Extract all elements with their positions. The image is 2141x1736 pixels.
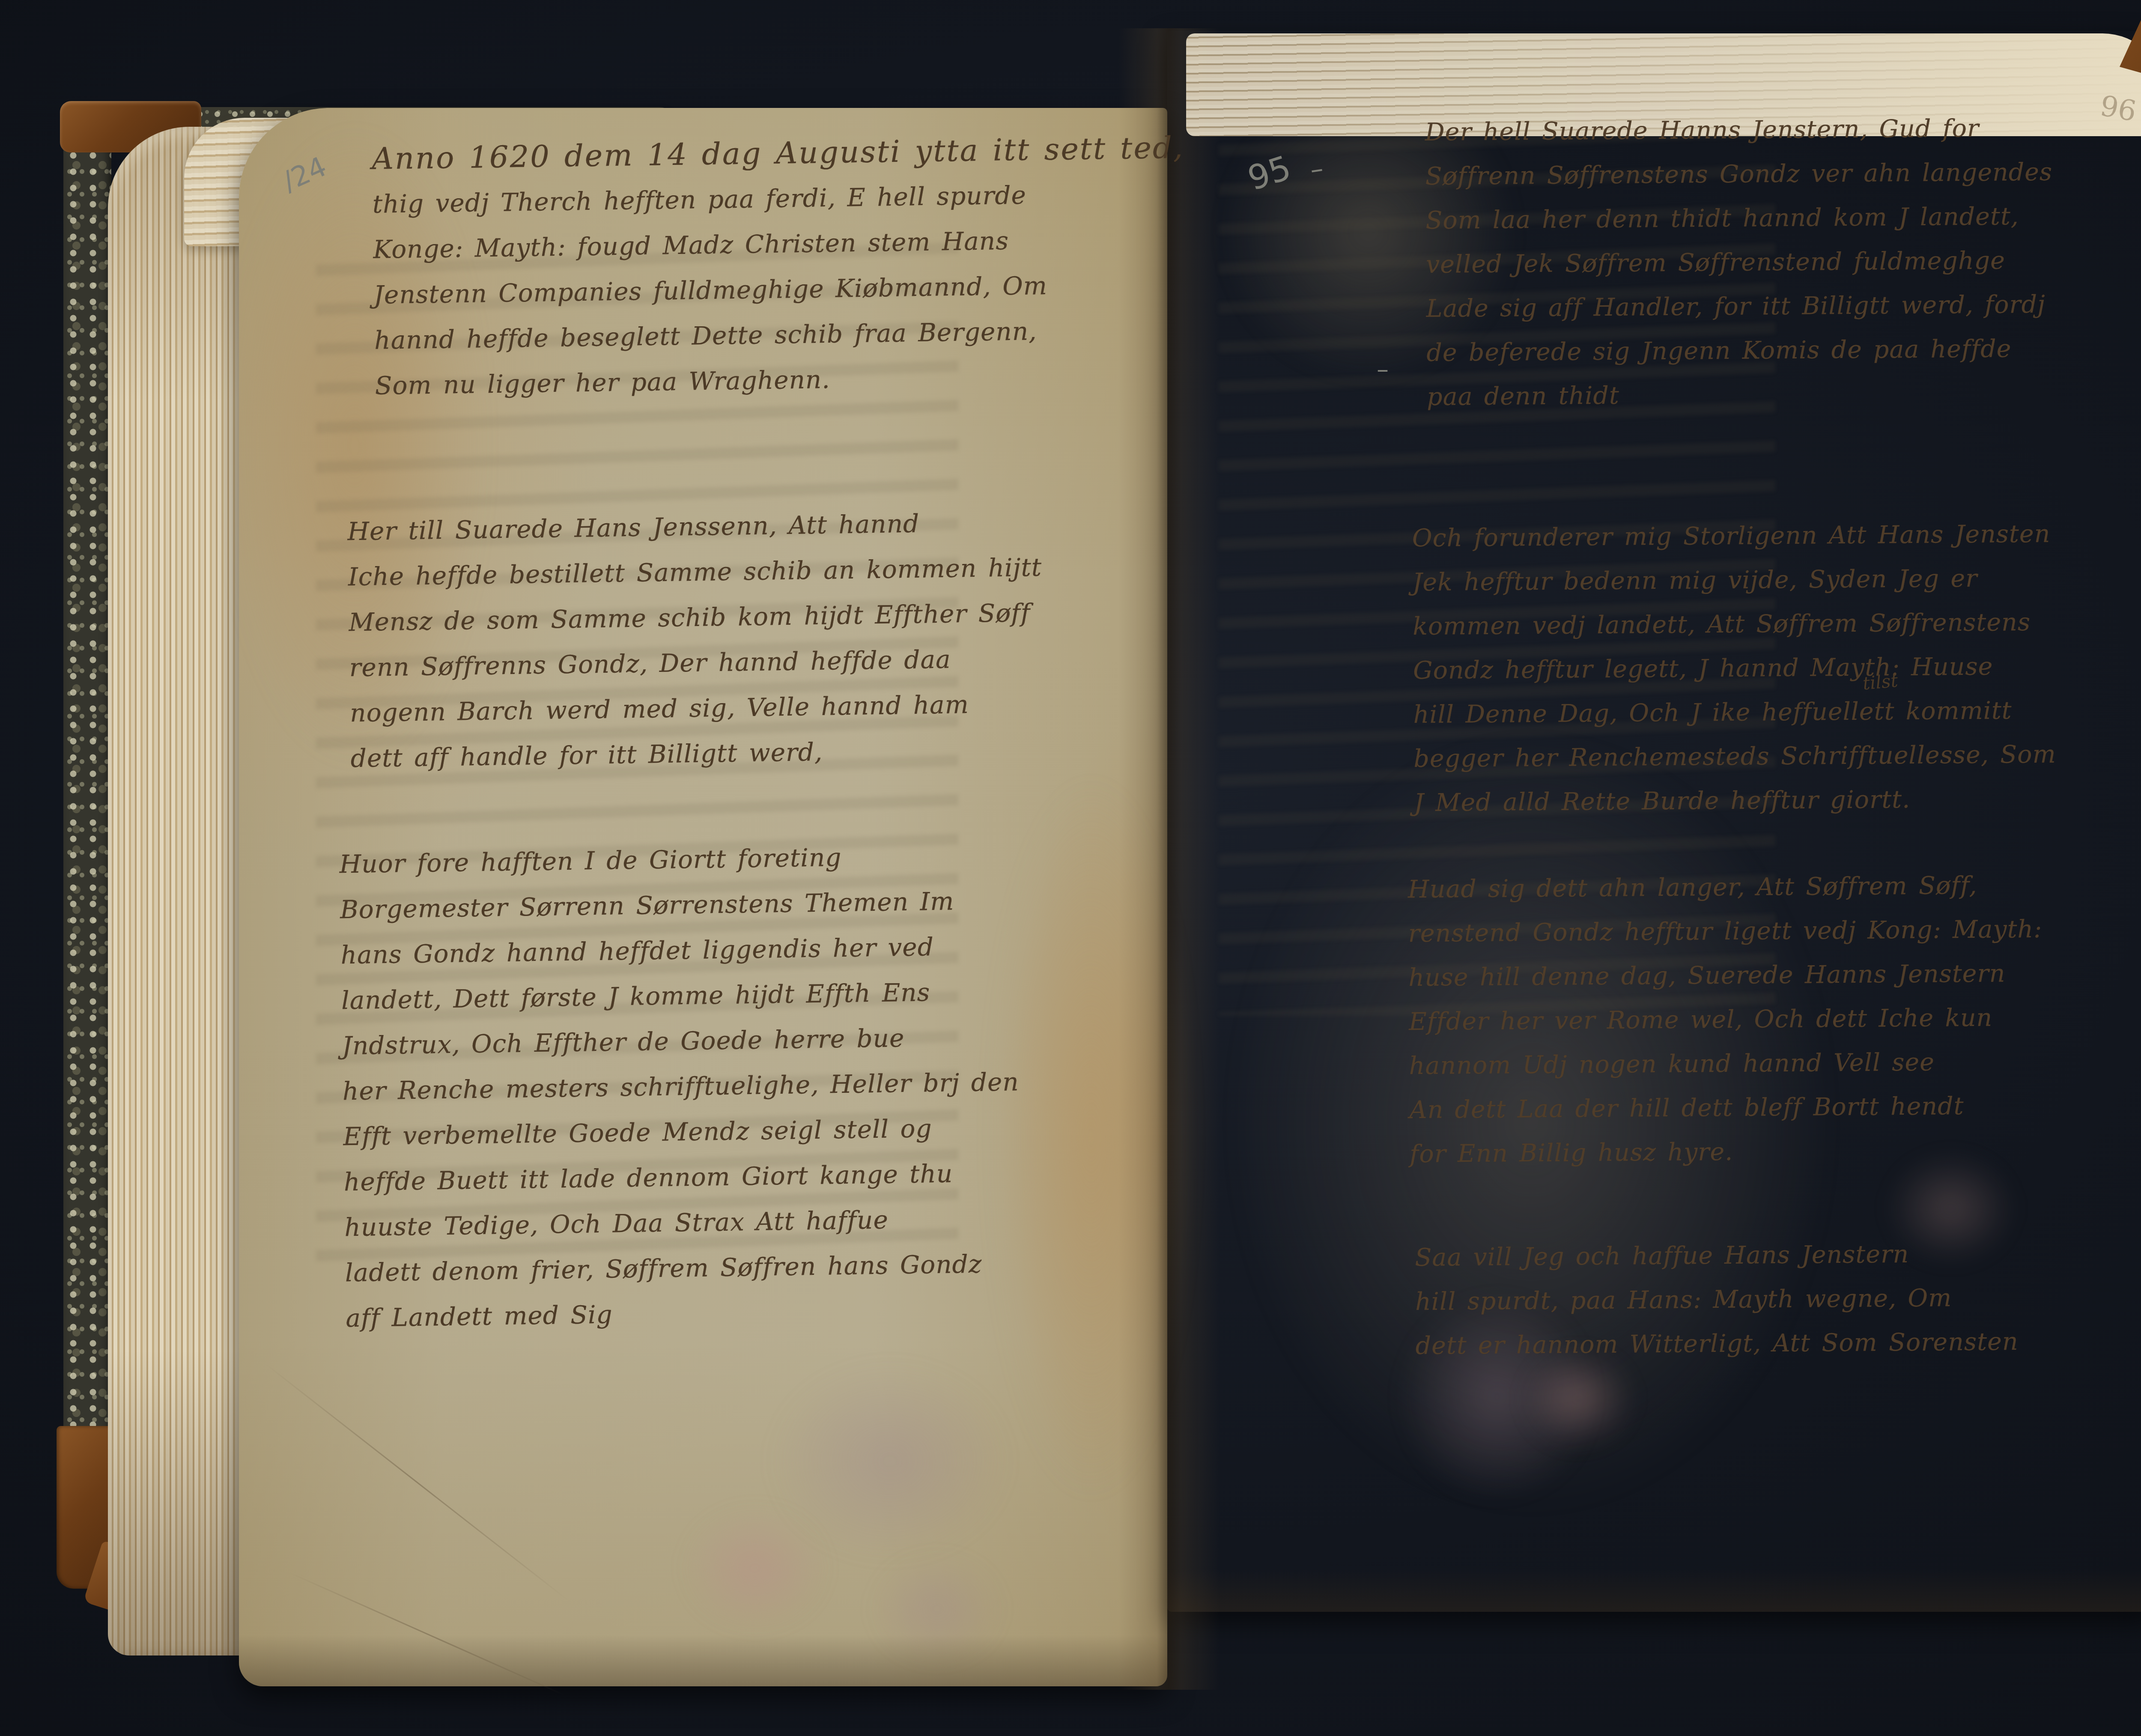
manuscript-text-line: Saa vill Jeg och haffue Hans Jenstern <box>1415 1231 2141 1280</box>
manuscript-text-line: paa denn thidt <box>1427 370 2141 419</box>
manuscript-text-line: Som laa her denn thidt hannd kom J lande… <box>1425 194 2141 243</box>
manuscript-text-line: Der hell Suarede Hanns Jenstern, Gud for <box>1425 105 2141 155</box>
manuscript-text-line: J Med alld Rette Burde hefftur giortt. <box>1414 776 2141 825</box>
marbled-cover-edge-left <box>63 115 111 1459</box>
page-bottom-shadow <box>1167 1569 2141 1612</box>
right-page-paragraph-3: Huad sig dett ahn langer, Att Søffrem Sø… <box>1408 862 2141 1176</box>
manuscript-text-line: dett er hannom Witterligt, Att Som Soren… <box>1415 1319 2141 1368</box>
manuscript-text-line: huse hill denne dag, Suerede Hanns Jenst… <box>1408 951 2141 1000</box>
manuscript-text-line: Och forunderer mig Storligenn Att Hans J… <box>1412 511 2141 561</box>
interline-insertion-word: tilst <box>1862 670 1899 694</box>
manuscript-text-line: Huad sig dett ahn langer, Att Søffrem Sø… <box>1408 862 2141 912</box>
left-page-paragraph-1: Anno 1620 dem 14 dag Augusti ytta itt se… <box>372 125 1163 409</box>
manuscript-text-line: An dett Laa der hill dett bleff Bortt he… <box>1409 1083 2141 1132</box>
right-page-paragraph-4: Saa vill Jeg och haffue Hans Jensternhil… <box>1415 1231 2141 1368</box>
manuscript-text-line: Jek hefftur bedenn mig vijde, Syden Jeg … <box>1412 555 2141 605</box>
manuscript-text-line: hill Denne Dag, Och J ike heffuellett ko… <box>1413 688 2141 737</box>
manuscript-text-line: Gondz hefftur legett, J hannd Mayth: Huu… <box>1413 644 2141 693</box>
manuscript-text-line: hill spurdt, paa Hans: Mayth wegne, Om <box>1415 1275 2141 1324</box>
right-page-paragraph-1: Der hell Suarede Hanns Jenstern, Gud for… <box>1425 105 2141 419</box>
left-page-paragraph-3: Huor fore hafften I de Giortt foretingBo… <box>339 830 1160 1341</box>
manuscript-text-line: de beferede sig Jngenn Komis de paa heff… <box>1426 326 2141 375</box>
manuscript-text-line: Søffrenn Søffrenstens Gondz ver ahn lang… <box>1425 149 2141 199</box>
page-bottom-shadow <box>239 1635 1167 1686</box>
right-page-paragraph-2: Och forunderer mig Storligenn Att Hans J… <box>1412 511 2141 825</box>
manuscript-text-line: for Enn Billig husz hyre. <box>1410 1127 2141 1176</box>
manuscript-text-line: Lade sig aff Handler, for itt Billigtt w… <box>1426 282 2141 331</box>
margin-dash-mark: – <box>1377 355 1389 383</box>
page-crease <box>264 1363 569 1601</box>
manuscript-text-line: Effder her ver Rome wel, Och dett Iche k… <box>1409 995 2141 1044</box>
manuscript-text-line: renstend Gondz hefftur ligett vedj Kong:… <box>1408 907 2141 956</box>
manuscript-text-line: velled Jek Søffrem Søffrenstend fuldmegh… <box>1426 238 2141 287</box>
photo-of-open-manuscript-book: /24 95 – – 96 Anno 1620 dem 14 dag Augus… <box>0 0 2141 1736</box>
manuscript-text-line: kommen vedj landett, Att Søffrem Søffren… <box>1413 600 2141 649</box>
left-page-paragraph-2: Her till Suarede Hans Jenssenn, Att hann… <box>347 498 1156 781</box>
manuscript-text-line: begger her Renchemesteds Schrifftuelless… <box>1413 732 2141 781</box>
manuscript-text-line: hannom Udj nogen kund hannd Vell see <box>1409 1039 2141 1088</box>
pink-spot <box>684 1508 826 1628</box>
